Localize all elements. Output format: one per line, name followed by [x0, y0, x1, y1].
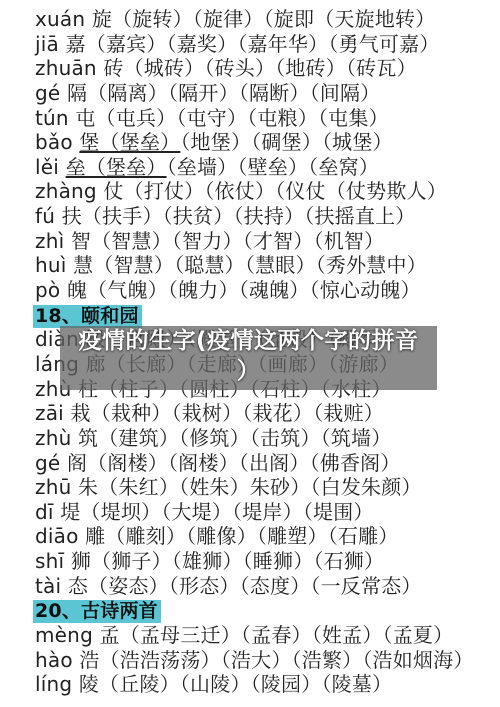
- character-entry-row: pò 魄（气魄）（魄力）（魂魄）（惊心动魄）: [35, 278, 496, 303]
- hanzi-words: 态（姿态）（形态）（态度）（一反常态）: [68, 574, 422, 598]
- pinyin-label: gé: [35, 451, 67, 475]
- pinyin-label: huì: [35, 253, 73, 277]
- pinyin-label: dī: [35, 500, 60, 524]
- character-entry-row: zhū 朱（朱红）（姓朱）朱砂）（白发朱颜）: [35, 475, 496, 500]
- hanzi-words: 狮（狮子）（雄狮）（睡狮）（石狮）: [71, 549, 384, 573]
- hanzi-words: 仗（打仗）（依仗）（仪仗（仗势欺人）: [103, 179, 447, 203]
- character-entry-row: zhì 智（智慧）（智力）（才智）（机智）: [35, 229, 496, 254]
- character-entry-row: hào 浩（浩浩荡荡）（浩大）（浩繁）（浩如烟海）: [35, 648, 496, 673]
- character-entry-row: diāo 雕（雕刻）（雕像）（雕塑）（石雕）: [35, 524, 496, 549]
- pinyin-label: fú: [35, 204, 62, 228]
- pinyin-label: xuán: [35, 7, 92, 31]
- hanzi-words: （垒墙）（壁垒）（垒窝）: [167, 155, 379, 179]
- pinyin-label: zhuān: [35, 56, 103, 80]
- hanzi-words: 嘉（嘉宾）（嘉奖）（嘉年华）（勇气可嘉）: [66, 32, 440, 56]
- character-entry-row: xuán 旋（旋转）（旋律）（旋即（天旋地转）: [35, 7, 496, 32]
- pinyin-label: líng: [35, 672, 79, 696]
- hanzi-words: 智（智慧）（智力）（才智）（机智）: [71, 229, 384, 253]
- pinyin-label: zhù: [35, 426, 78, 450]
- hanzi-words: （地堡）（碉堡）（城堡）: [180, 130, 392, 154]
- hanzi-words: 孟（孟母三迁）（孟春）（姓孟）（孟夏）: [100, 623, 454, 647]
- hanzi-words: 扶（扶手）（扶贫）（扶持）（扶摇直上）: [62, 204, 416, 228]
- pinyin-label: shī: [35, 549, 71, 573]
- hanzi-words: 堤（堤坝）（大堤）（堤岸）（堤围）: [60, 500, 373, 524]
- watermark-title-line2: ）: [60, 356, 437, 386]
- hanzi-words: 朱（朱红）（姓朱）朱砂）（白发朱颜）: [78, 475, 422, 499]
- section-header-row: 18、颐和园: [35, 303, 496, 328]
- pinyin-label: tún: [35, 106, 75, 130]
- hanzi-words: 陵（丘陵）（山陵）（陵园）（陵墓）: [79, 672, 392, 696]
- pinyin-label: bǎo: [35, 130, 79, 154]
- character-entry-row: lěi 垒（堡垒）（垒墙）（壁垒）（垒窝）: [35, 155, 496, 180]
- hanzi-words: 屯（屯兵）（屯守）（屯粮）（屯集）: [75, 106, 388, 130]
- pinyin-label: zhū: [35, 475, 78, 499]
- character-entry-row: zāi 栽（栽种）（栽树）（栽花）（栽赃）: [35, 401, 496, 426]
- character-entry-row: dī 堤（堤坝）（大堤）（堤岸）（堤围）: [35, 500, 496, 525]
- worksheet-page: xuán 旋（旋转）（旋律）（旋即（天旋地转）jiā 嘉（嘉宾）（嘉奖）（嘉年华…: [0, 0, 500, 707]
- pinyin-label: zhì: [35, 229, 71, 253]
- character-entry-row: tún 屯（屯兵）（屯守）（屯粮）（屯集）: [35, 106, 496, 131]
- watermark-title-line1: 疫情的生字(疫情这两个字的拼音: [60, 326, 437, 356]
- section-header-row: 20、古诗两首: [35, 598, 496, 623]
- hanzi-words: 旋（旋转）（旋律）（旋即（天旋地转）: [92, 7, 436, 31]
- character-entry-row: líng 陵（丘陵）（山陵）（陵园）（陵墓）: [35, 672, 496, 697]
- character-entry-row: shī 狮（狮子）（雄狮）（睡狮）（石狮）: [35, 549, 496, 574]
- character-entry-row: gé 阁（阁楼）（阁楼）（出阁）（佛香阁）: [35, 451, 496, 476]
- hanzi-words: 砖（城砖）（砖头）（地砖）（砖瓦）: [103, 56, 416, 80]
- character-entry-row: zhuān 砖（城砖）（砖头）（地砖）（砖瓦）: [35, 56, 496, 81]
- pinyin-label: hào: [35, 648, 79, 672]
- character-entry-row: zhù 筑（建筑）（修筑）（击筑）（筑墙）: [35, 426, 496, 451]
- hanzi-words: 魄（气魄）（魄力）（魂魄）（惊心动魄）: [67, 278, 421, 302]
- character-entry-row: mèng 孟（孟母三迁）（孟春）（姓孟）（孟夏）: [35, 623, 496, 648]
- hanzi-words: 慧（智慧）（聪慧）（慧眼）（秀外慧中）: [73, 253, 427, 277]
- hanzi-words: 浩（浩浩荡荡）（浩大）（浩繁）（浩如烟海）: [79, 648, 473, 672]
- hanzi-words: 筑（建筑）（修筑）（击筑）（筑墙）: [78, 426, 391, 450]
- hanzi-words: 隔（隔离）（隔开）（隔断）（间隔）: [67, 81, 380, 105]
- character-entry-row: fú 扶（扶手）（扶贫）（扶持）（扶摇直上）: [35, 204, 496, 229]
- character-entry-row: gé 隔（隔离）（隔开）（隔断）（间隔）: [35, 81, 496, 106]
- character-entry-row: zhàng 仗（打仗）（依仗）（仪仗（仗势欺人）: [35, 179, 496, 204]
- section-header-highlight: 20、古诗两首: [33, 600, 161, 623]
- pinyin-label: jiā: [35, 32, 66, 56]
- hanzi-words: 阁（阁楼）（阁楼）（出阁）（佛香阁）: [67, 451, 401, 475]
- section-header-highlight: 18、颐和园: [33, 305, 142, 328]
- character-entry-row: jiā 嘉（嘉宾）（嘉奖）（嘉年华）（勇气可嘉）: [35, 32, 496, 57]
- hanzi-words-underlined: 堡（堡垒）: [79, 130, 180, 154]
- character-entry-row: huì 慧（智慧）（聪慧）（慧眼）（秀外慧中）: [35, 253, 496, 278]
- pinyin-label: zāi: [35, 401, 70, 425]
- pinyin-label: zhàng: [35, 179, 103, 203]
- character-entry-row: bǎo 堡（堡垒）（地堡）（碉堡）（城堡）: [35, 130, 496, 155]
- character-entry-row: tài 态（姿态）（形态）（态度）（一反常态）: [35, 574, 496, 599]
- watermark-overlay: 疫情的生字(疫情这两个字的拼音 ）: [60, 326, 437, 390]
- pinyin-label: mèng: [35, 623, 100, 647]
- pinyin-label: diāo: [35, 524, 85, 548]
- hanzi-words: 雕（雕刻）（雕像）（雕塑）（石雕）: [85, 524, 398, 548]
- pinyin-label: pò: [35, 278, 67, 302]
- pinyin-label: tài: [35, 574, 68, 598]
- pinyin-label: gé: [35, 81, 67, 105]
- hanzi-words-underlined: 垒（堡垒）: [66, 155, 167, 179]
- pinyin-label: lěi: [35, 155, 66, 179]
- hanzi-words: 栽（栽种）（栽树）（栽花）（栽赃）: [70, 401, 383, 425]
